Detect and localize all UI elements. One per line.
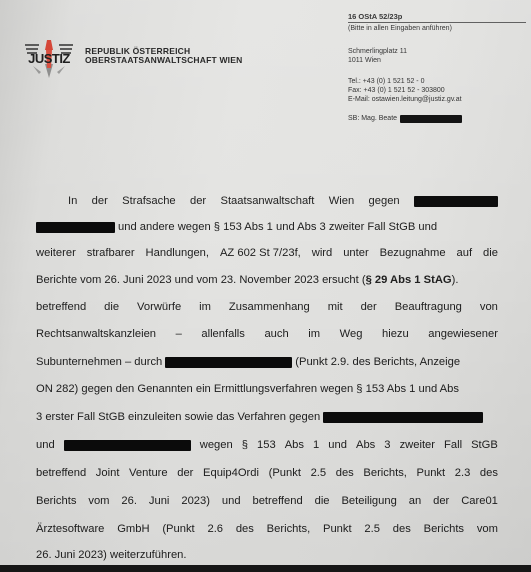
body-text-segment: AZ 602 St 7/23f,	[220, 247, 301, 259]
body-text-segment: Berichts	[424, 523, 464, 535]
body-line: 3 erster Fall StGB einzuleiten sowie das…	[36, 411, 498, 423]
body-line: ON 282) gegen den Genannten ein Ermittlu…	[36, 383, 498, 395]
body-line: undwegen§153Abs1undAbs3zweiterFallStGB	[36, 439, 498, 451]
body-text-segment: 26.	[121, 495, 137, 507]
body-text-segment: 2.3	[455, 467, 471, 479]
body-line: weitererstrafbarerHandlungen,AZ 602 St 7…	[36, 247, 498, 259]
body-text-segment: § 29 Abs 1 StAG	[366, 274, 452, 286]
body-text-segment: Rechtsanwaltskanzleien	[36, 328, 156, 340]
body-text-segment: des	[480, 467, 498, 479]
body-text-segment: (Punkt 2.9. des Berichts, Anzeige	[295, 356, 460, 368]
body-text-segment: 3	[384, 439, 390, 451]
body-line: ÄrztesoftwareGmbH(Punkt2.6desBerichts,Pu…	[36, 523, 498, 535]
body-text-segment: Juni	[149, 495, 170, 507]
body-line: Berichte vom 26. Juni 2023 und vom 23. N…	[36, 274, 498, 286]
body-text-segment: Joint	[96, 467, 120, 479]
body-text-segment: Beauftragung	[395, 301, 462, 313]
body-text-segment: der	[190, 195, 206, 207]
redaction-bar	[323, 412, 483, 423]
body-text-segment: der	[92, 195, 108, 207]
body-text-segment: des	[336, 467, 354, 479]
body-text-segment: 2023)	[181, 495, 210, 507]
body-text-segment: hiezu	[382, 328, 409, 340]
body-line: Rechtsanwaltskanzleien–allenfallsauchimW…	[36, 328, 498, 340]
address-city: 1011 Wien	[348, 56, 531, 65]
body-text-segment: ).	[452, 274, 459, 286]
body-text-segment: Equip4Ordi	[203, 467, 259, 479]
body-text-segment: strafbarer	[87, 247, 135, 259]
body-text-segment: betreffend	[252, 495, 302, 507]
body-text-segment: Vorwürfe	[137, 301, 181, 313]
body-text-segment: und	[328, 439, 347, 451]
body-text-segment: des	[393, 523, 411, 535]
body-text-segment: weiterer	[36, 247, 76, 259]
body-text-segment: (Punkt	[269, 467, 301, 479]
body-text-segment: Punkt	[417, 467, 446, 479]
body-text-segment: 3 erster Fall StGB einzuleiten sowie das…	[36, 411, 320, 423]
body-text-segment: In	[68, 195, 77, 207]
body-text-segment: auch	[264, 328, 288, 340]
redaction-bar	[64, 440, 191, 451]
body-text-segment: im	[199, 301, 211, 313]
redaction-bar	[36, 222, 115, 233]
svg-text:JUSTIZ: JUSTIZ	[28, 51, 70, 66]
body-line: Berichtsvom26.Juni2023)undbetreffenddieB…	[36, 495, 498, 507]
body-text-segment: der	[433, 495, 449, 507]
body-text-segment: der	[361, 301, 377, 313]
body-text-segment: und	[222, 495, 241, 507]
body-line: 26. Juni 2023) weiterzuführen.	[36, 549, 498, 561]
body-text-segment: betreffend	[36, 301, 86, 313]
body-text-segment: im	[308, 328, 320, 340]
body-text-segment: Abs	[356, 439, 375, 451]
redaction-bar	[165, 357, 292, 368]
body-text-segment: Subunternehmen – durch	[36, 356, 162, 368]
body-text-segment: und	[36, 439, 55, 451]
case-officer: SB: Mag. Beate	[348, 114, 531, 123]
telephone: Tel.: +43 (0) 1 521 52 - 0	[348, 77, 531, 86]
body-text-segment: Ärztesoftware	[36, 523, 104, 535]
fax: Fax: +43 (0) 1 521 52 - 303800	[348, 86, 531, 95]
redaction-bar	[414, 196, 498, 207]
body-text-segment: vom	[88, 495, 109, 507]
body-text-segment: Berichts	[36, 495, 76, 507]
body-text-segment: von	[480, 301, 498, 313]
body-text-segment: vom	[477, 523, 498, 535]
body-text-segment: Care01	[461, 495, 498, 507]
body-text-segment: des	[236, 523, 254, 535]
reference-hint: (Bitte in allen Eingaben anführen)	[348, 24, 531, 33]
case-officer-label: SB: Mag. Beate	[348, 114, 397, 123]
body-text-segment: mit	[328, 301, 343, 313]
body-text-segment: betreffend	[36, 467, 86, 479]
body-text-segment: §	[242, 439, 248, 451]
body-text-segment: Handlungen,	[146, 247, 209, 259]
body-line: Subunternehmen – durch(Punkt 2.9. des Be…	[36, 356, 498, 368]
body-text-segment: Bezugnahme	[380, 247, 446, 259]
body-text-segment: Berichte vom 26. Juni 2023 und vom 23. N…	[36, 274, 366, 286]
reference-block: 16 OStA 52/23p (Bitte in allen Eingaben …	[348, 12, 531, 123]
body-text-segment: Strafsache	[122, 195, 175, 207]
body-text-segment: zweiter	[400, 439, 435, 451]
body-text-segment: die	[315, 495, 330, 507]
organization-name: REPUBLIK ÖSTERREICH OBERSTAATSANWALTSCHA…	[85, 47, 242, 65]
body-text-segment: die	[483, 247, 498, 259]
body-text-segment: Weg	[340, 328, 363, 340]
body-text-segment: auf	[457, 247, 473, 259]
body-line: betreffendJointVenturederEquip4Ordi(Punk…	[36, 467, 498, 479]
body-text-segment: Staatsanwaltschaft	[220, 195, 314, 207]
body-text-segment: 2.5	[364, 523, 380, 535]
org-line-office: OBERSTAATSANWALTSCHAFT WIEN	[85, 56, 242, 65]
body-text-segment: unter	[343, 247, 369, 259]
body-text-segment: (Punkt	[162, 523, 194, 535]
body-line: und andere wegen § 153 Abs 1 und Abs 3 z…	[36, 221, 498, 233]
address: Schmerlingplatz 11 1011 Wien	[348, 47, 531, 65]
address-street: Schmerlingplatz 11	[348, 47, 531, 56]
body-text-segment: StGB	[471, 439, 498, 451]
body-text-segment: die	[104, 301, 119, 313]
body-text-segment: allenfalls	[201, 328, 245, 340]
case-reference-number: 16 OStA 52/23p	[348, 12, 526, 23]
document-page: JUSTIZ REPUBLIK ÖSTERREICH OBERSTAATSANW…	[0, 0, 531, 565]
body-text-segment: wegen	[200, 439, 233, 451]
body-line: betreffenddieVorwürfeimZusammenhangmitde…	[36, 301, 498, 313]
redaction-bar	[400, 115, 462, 123]
body-text-segment: angewiesener	[428, 328, 498, 340]
contact-info: Tel.: +43 (0) 1 521 52 - 0 Fax: +43 (0) …	[348, 77, 531, 104]
body-text-segment: Zusammenhang	[229, 301, 310, 313]
body-text-segment: Abs	[285, 439, 304, 451]
body-text-segment: –	[176, 328, 182, 340]
body-text-segment: Fall	[444, 439, 462, 451]
body-text-segment: 2.5	[311, 467, 327, 479]
body-text-segment: Venture	[129, 467, 168, 479]
body-text-segment: gegen	[369, 195, 400, 207]
body-text-segment: 26. Juni 2023) weiterzuführen.	[36, 549, 187, 561]
body-text-segment: an	[409, 495, 421, 507]
body-text-segment: 2.6	[207, 523, 223, 535]
email: E-Mail: ostawien.leitung@justiz.gv.at	[348, 95, 531, 104]
body-line: InderStrafsachederStaatsanwaltschaftWien…	[68, 195, 498, 207]
body-text-segment: Punkt	[323, 523, 352, 535]
body-text-segment: Berichts,	[363, 467, 407, 479]
justiz-eagle-logo-icon: JUSTIZ	[23, 38, 75, 80]
body-text-segment: 153	[257, 439, 276, 451]
photo-bottom-edge	[0, 565, 531, 572]
body-text-segment: wird	[312, 247, 333, 259]
body-text-segment: Berichts,	[267, 523, 311, 535]
body-text-segment: der	[177, 467, 193, 479]
body-text-segment: Beteiligung	[341, 495, 396, 507]
body-text-segment: und andere wegen § 153 Abs 1 und Abs 3 z…	[118, 221, 437, 233]
body-text-segment: GmbH	[117, 523, 149, 535]
body-text-segment: 1	[313, 439, 319, 451]
body-text-segment: Wien	[329, 195, 355, 207]
body-text-segment: ON 282) gegen den Genannten ein Ermittlu…	[36, 383, 459, 395]
